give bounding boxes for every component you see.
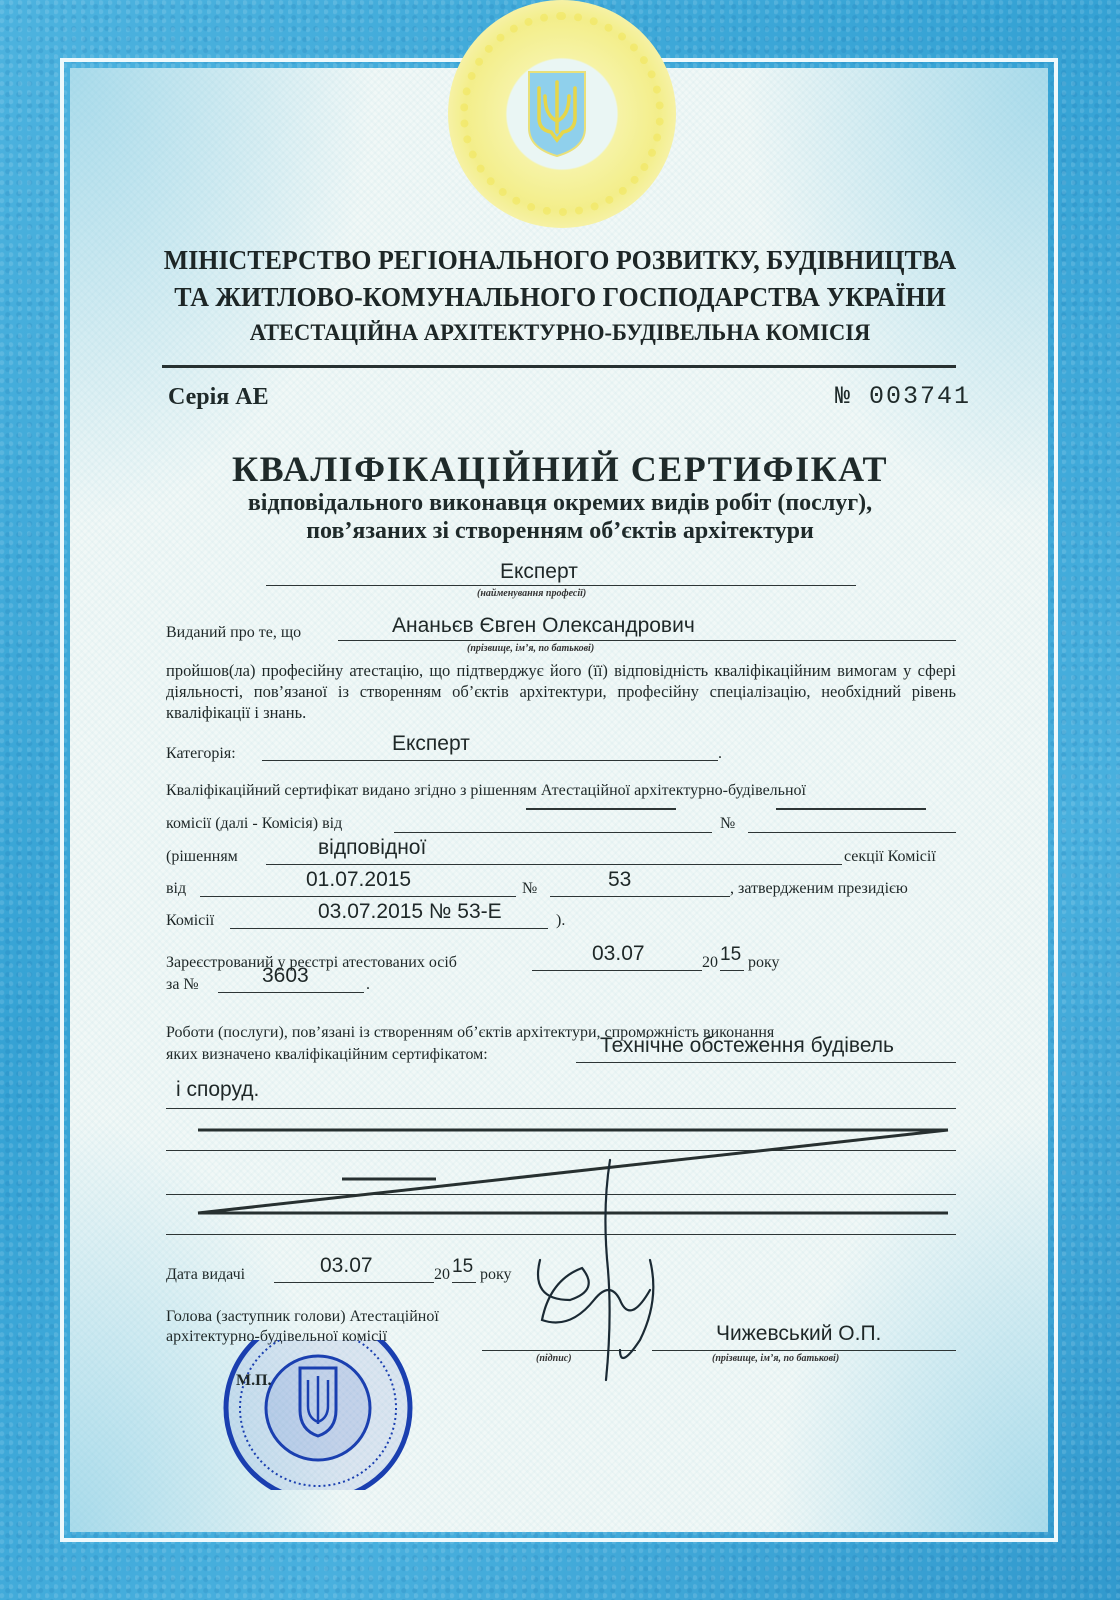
category-label: Категорія: (166, 745, 236, 763)
registry-year-line (720, 970, 744, 971)
profession-caption: (найменування професії) (477, 588, 586, 599)
registry-label: Зареєстрований у реєстрі атестованих осі… (166, 954, 457, 972)
registry-year-label: року (748, 954, 780, 972)
section-no-line (550, 896, 730, 897)
commission-date-line (394, 832, 712, 833)
registry-no-label: за № (166, 976, 199, 994)
registry-no-line (218, 992, 364, 993)
certificate-number: № 003741 (835, 382, 971, 411)
registry-year-suffix: 15 (720, 944, 741, 966)
registry-no-end: . (366, 976, 370, 994)
commission2-label: Комісії (166, 912, 214, 930)
section-line (266, 864, 842, 865)
category-period: . (718, 745, 722, 763)
works-value-line2: і споруд. (176, 1078, 259, 1102)
profession-line (266, 585, 856, 586)
category-value: Експерт (392, 732, 470, 756)
issued-to-label: Виданий про те, що (166, 624, 301, 642)
section-label: (рішенням (166, 848, 238, 866)
decision-close: ). (556, 912, 565, 930)
certificate-subtitle-line2: пов’язаних зі створенням об’єктів архіте… (0, 518, 1120, 545)
works-line2 (166, 1108, 956, 1109)
category-line (262, 760, 718, 761)
holder-name: Ананьєв Євген Олександрович (392, 614, 695, 638)
header-divider (162, 365, 956, 368)
registry-date-line (532, 970, 702, 971)
commission-name: АТЕСТАЦІЙНА АРХІТЕКТУРНО-БУДІВЕЛЬНА КОМІ… (11, 320, 1109, 346)
registry-number: 3603 (262, 964, 309, 988)
section-date-line (200, 896, 516, 897)
signatory-name-caption: (прізвище, ім’я, по батькові) (712, 1353, 839, 1364)
certificate-subtitle-line1: відповідального виконавця окремих видів … (0, 490, 1120, 517)
certificate-series: Серія АЕ (168, 384, 269, 411)
section-no-label: № (522, 880, 537, 898)
holder-name-caption: (прізвище, ім’я, по батькові) (467, 643, 594, 654)
works-line1 (576, 1062, 956, 1063)
commission-no-label: № (720, 815, 735, 833)
profession-value: Експерт (500, 560, 578, 584)
handwritten-signature (510, 1150, 690, 1390)
trident-coat-of-arms-icon (527, 70, 587, 158)
signatory-name: Чижевський О.П. (716, 1322, 881, 1346)
certificate-title: КВАЛІФІКАЦІЙНИЙ СЕРТИФІКАТ (0, 448, 1120, 490)
commission-date-label: комісії (далі - Комісія) від (166, 815, 342, 833)
attestation-text: пройшов(ла) професійну атестацію, що під… (166, 660, 956, 723)
ministry-name-line1: МІНІСТЕРСТВО РЕГІОНАЛЬНОГО РОЗВИТКУ, БУД… (22, 245, 1097, 276)
section-decision-number: 53 (608, 868, 631, 892)
from-label: від (166, 880, 186, 898)
works-text-line2: яких визначено кваліфікаційним сертифіка… (166, 1046, 488, 1064)
commission-no-line (748, 832, 956, 833)
presidium-decision: 03.07.2015 № 53-Е (318, 900, 502, 924)
approved-label: , затвердженим президією (730, 880, 908, 898)
issue-year-label: року (480, 1266, 512, 1284)
issue-year-prefix: 20 (434, 1266, 450, 1284)
strike-line-number (776, 808, 926, 810)
section-label-after: секції Комісії (844, 848, 936, 866)
issue-date-line (274, 1282, 434, 1283)
seal-label: М.П. (236, 1372, 272, 1390)
registry-date: 03.07 (592, 942, 645, 966)
strike-line-date (526, 808, 676, 810)
issue-date-label: Дата видачі (166, 1266, 245, 1284)
signatory-name-line (652, 1350, 956, 1351)
official-seal-stamp (206, 1340, 424, 1490)
ministry-name-line2: ТА ЖИТЛОВО-КОМУНАЛЬНОГО ГОСПОДАРСТВА УКР… (22, 282, 1097, 313)
decision-line1: Кваліфікаційний сертифікат видано згідно… (166, 782, 806, 800)
section-decision-date: 01.07.2015 (306, 868, 411, 892)
issue-year-line (452, 1282, 476, 1283)
presidium-line (230, 928, 548, 929)
registry-year-prefix: 20 (702, 954, 718, 972)
signatory-label-line1: Голова (заступник голови) Атестаційної (166, 1308, 439, 1326)
section-value: відповідної (318, 836, 426, 860)
issue-year-suffix: 15 (452, 1256, 473, 1278)
issue-date: 03.07 (320, 1254, 373, 1278)
holder-name-line (338, 640, 956, 641)
works-value-line1: Технічне обстеження будівель (600, 1034, 894, 1058)
